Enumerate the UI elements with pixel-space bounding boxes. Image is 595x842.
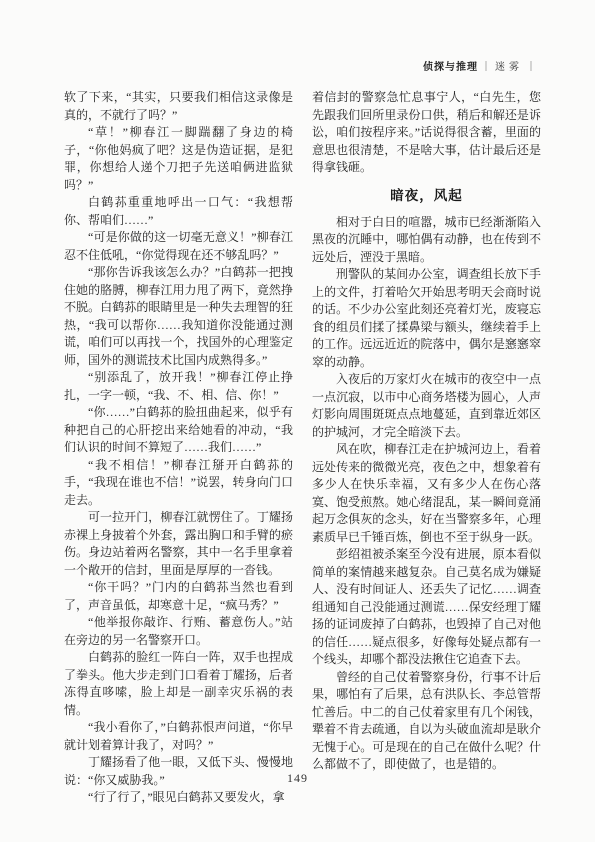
running-head-separator: ｜	[478, 62, 495, 73]
paragraph: 相对于白日的喧嚣，城市已经渐渐陷入黑夜的沉睡中，哪怕偶有动静，也在传到不远处后，…	[312, 214, 541, 267]
paragraph: “你干吗？”门内的白鹤荪当然也看到了，声音虽低，却寒意十足，“疯马秀？”	[64, 579, 293, 614]
paragraph: “你……”白鹤荪的脸扭曲起来，似乎有种把自己的心肝挖出来给她看的冲动，“我们认识…	[64, 404, 293, 457]
paragraph: 刑警队的某间办公室，调查组长放下手上的文件，打着哈欠开始思考明天会商时说的话。不…	[312, 266, 541, 371]
paragraph: 着信封的警察急忙息事宁人，“白先生，您先跟我们回所里录份口供，稍后和解还是诉讼，…	[312, 89, 541, 177]
paragraph: 曾经的自己仗着警察身份，行事不计后果，哪怕有了后果，总有洪队长、李总管帮忙善后。…	[312, 669, 541, 774]
right-text-column: 着信封的警察急忙息事宁人，“白先生，您先跟我们回所里录份口供，稍后和解还是诉讼，…	[312, 89, 541, 774]
paragraph: 白鹤荪重重地呼出一口气：“我想帮你、帮咱们……”	[64, 194, 293, 229]
paragraph: 软了下来，“其实，只要我们相信这录像是真的，不就行了吗？”	[64, 89, 293, 124]
book-page: 侦探与推理｜迷雾｜ 软了下来，“其实，只要我们相信这录像是真的，不就行了吗？”“…	[0, 0, 595, 842]
paragraph: “别添乱了，放开我！”柳春江停止挣扎，一字一顿，“我、不、相、信、你！”	[64, 369, 293, 404]
running-head-separator-2: ｜	[523, 62, 540, 73]
running-head-category: 侦探与推理	[423, 62, 478, 73]
paragraph: “草！”柳春江一脚踹翻了身边的椅子，“你他妈疯了吧？这是伪造证据，是犯罪，你想给…	[64, 124, 293, 194]
paragraph: “行了行了，”眼见白鹤荪又要发火，拿	[64, 789, 293, 807]
paragraph: 彭绍祖被杀案至今没有进展，原本看似简单的案情越来越复杂。自己莫名成为嫌疑人、没有…	[312, 546, 541, 669]
running-head: 侦探与推理｜迷雾｜	[423, 58, 540, 73]
paragraph: “那你告诉我该怎么办？”白鹤荪一把拽住她的胳膊，柳春江用力甩了两下，竟然挣不脱。…	[64, 264, 293, 369]
page-number: 149	[0, 771, 595, 786]
paragraph: “我小看你了，”白鹤荪恨声问道，“你早就计划着算计我了，对吗？”	[64, 719, 293, 754]
paragraph: “他举报你敲诈、行贿、蓄意伤人。”站在旁边的另一名警察开口。	[64, 614, 293, 649]
paragraph: 风在吹，柳春江走在护城河边上，看着远处传来的微微光亮，夜色之中，想象着有多少人在…	[312, 441, 541, 546]
running-head-book-title: 迷雾	[495, 62, 523, 73]
paragraph: “我不相信！”柳春江掰开白鹤荪的手，“我现在谁也不信！”说罢，转身向门口走去。	[64, 457, 293, 510]
paragraph: “可是你做的这一切毫无意义！”柳春江忍不住低吼，“你觉得现在还不够乱吗？”	[64, 229, 293, 264]
paragraph: 入夜后的万家灯火在城市的夜空中一点一点沉寂，以市中心商务塔楼为圆心，人声灯影向周…	[312, 371, 541, 441]
paragraph: 白鹤荪的脸红一阵白一阵，双手也捏成了拳头。他大步走到门口看着丁耀扬，后者冻得直哆…	[64, 649, 293, 719]
paragraph: 可一拉开门，柳春江就愣住了。丁耀扬赤裸上身披着个外套，露出胸口和手臂的瘀伤。身边…	[64, 509, 293, 579]
section-heading: 暗夜，风起	[312, 186, 541, 206]
left-text-column: 软了下来，“其实，只要我们相信这录像是真的，不就行了吗？”“草！”柳春江一脚踹翻…	[64, 89, 293, 807]
